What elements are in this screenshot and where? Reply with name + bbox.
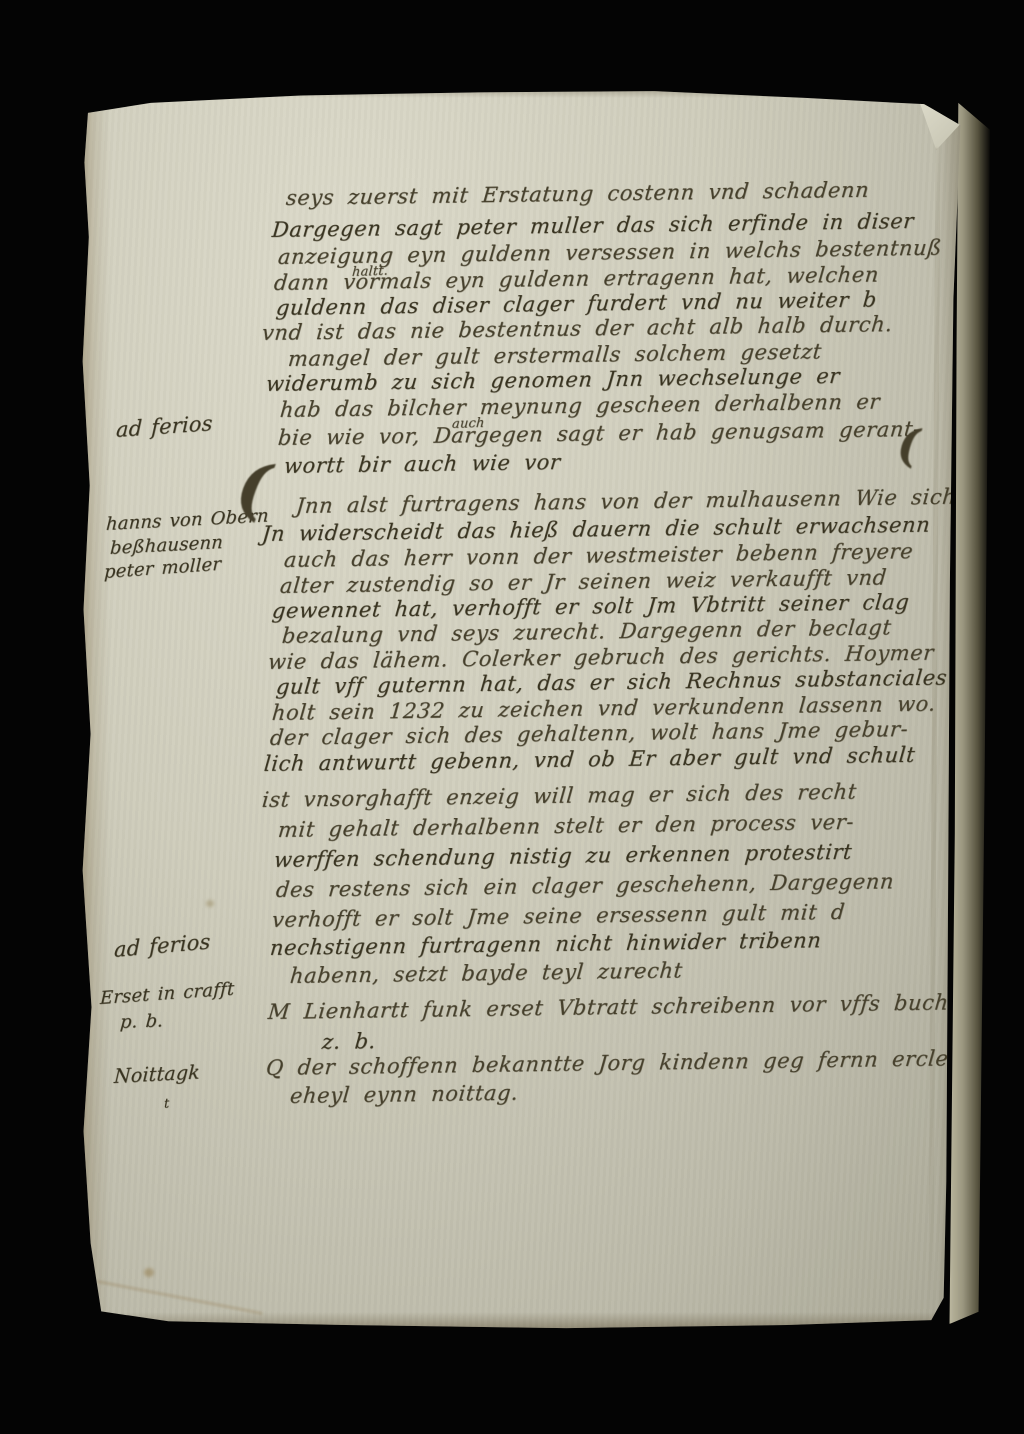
manuscript-line: lich antwurtt gebenn, vnd ob Er aber gul… <box>263 745 916 775</box>
manuscript-line: hab das bilcher meynung gescheen derhalb… <box>279 392 881 421</box>
manuscript-line: verhofft er solt Jme seine ersessenn gul… <box>271 902 846 931</box>
interlinear-insert: auch <box>452 417 485 431</box>
manuscript-line: ist vnsorghafft enzeig will mag er sich … <box>261 782 858 811</box>
manuscript-line: habenn, setzt bayde teyl zurecht <box>289 961 684 988</box>
margin-note: p. b. <box>119 1012 163 1032</box>
manuscript-line: eheyl eynn noittag. <box>289 1083 519 1107</box>
margin-note: Erset in crafft <box>100 981 235 1008</box>
pen-flourish: ( <box>226 452 281 524</box>
manuscript-page: ad ferioshanns von Obernbeßhausennpeter … <box>80 88 964 1330</box>
manuscript-line: z. b. <box>321 1031 377 1053</box>
manuscript-line: bie wie vor, Dargegen sagt er hab genugs… <box>277 419 922 449</box>
edge-shading-top <box>80 88 964 98</box>
deckle-edge-shading-left <box>80 88 110 1330</box>
manuscript-line: seys zuerst mit Erstatung costenn vnd sc… <box>285 180 870 209</box>
manuscript-line: mit gehalt derhalbenn stelt er den proce… <box>277 812 855 841</box>
margin-note: ad ferios <box>114 932 211 962</box>
margin-note: Noittagk <box>114 1063 201 1087</box>
photo-backdrop: ad ferioshanns von Obernbeßhausennpeter … <box>0 0 1024 1434</box>
manuscript-line: des restens sich ein clager geschehenn, … <box>275 871 895 901</box>
manuscript-line: nechstigenn furtragenn nicht hinwider tr… <box>269 930 822 959</box>
paper-stain <box>206 900 214 907</box>
top-right-corner-fold <box>916 92 962 150</box>
manuscript-line: Jnn alst furtragens hans von der mulhaus… <box>295 487 957 517</box>
margin-note: peter moller <box>104 556 222 582</box>
bottom-left-crease-stain <box>97 1280 262 1315</box>
manuscript-line: werffen schendung nistig zu erkennen pro… <box>273 842 853 871</box>
margin-note: ad ferios <box>116 413 213 441</box>
margin-note: t <box>164 1097 169 1111</box>
manuscript-line: M Lienhartt funk erset Vbtratt schreiben… <box>267 992 950 1023</box>
paper-stain <box>144 1268 154 1277</box>
manuscript-line: wortt bir auch wie vor <box>283 452 562 477</box>
interlinear-insert: haltt. <box>352 265 389 279</box>
edge-shading-bottom <box>80 1312 964 1330</box>
